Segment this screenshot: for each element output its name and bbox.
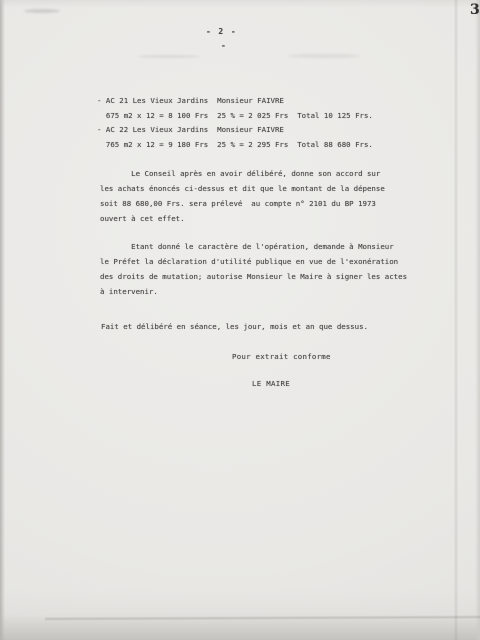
paragraph-line: ouvert à cet effet. [100,211,385,226]
corner-page-number: 3 [470,2,480,18]
scanned-document-page: 3 - 2 - - - AC 21 Les Vieux Jardins Mons… [0,0,480,640]
parcel-item-title: - AC 22 Les Vieux Jardins Monsieur FAIVR… [97,123,373,138]
parcel-list: - AC 21 Les Vieux Jardins Monsieur FAIVR… [97,94,373,152]
parcel-item-detail: 765 m2 x 12 = 9 180 Frs 25 % = 2 295 Frs… [97,138,373,153]
paragraph-line: soit 88 680,00 Frs. sera prélevé au comp… [100,196,385,211]
paragraph-council-decision: Le Conseil après en avoir délibéré, donn… [100,166,385,226]
extract-conforme-label: Pour extrait conforme [232,352,331,361]
mayor-signature-label: LE MAIRE [252,379,290,388]
paragraph-line: des droits de mutation; autorise Monsieu… [100,269,407,284]
paragraph-prefect-request: Etant donné le caractère de l'opération,… [100,239,407,299]
page-number-dash: - [221,41,226,50]
paragraph-line: les achats énoncés ci-dessus et dit que … [100,181,385,196]
page-number: - 2 - [206,27,237,36]
paragraph-line: Le Conseil après en avoir délibéré, donn… [100,166,385,181]
document-text-layer: 3 - 2 - - - AC 21 Les Vieux Jardins Mons… [0,0,480,640]
closing-statement: Fait et délibéré en séance, les jour, mo… [101,322,368,331]
parcel-item-detail: 675 m2 x 12 = 8 100 Frs 25 % = 2 025 Frs… [97,109,373,124]
paragraph-line: le Préfet la déclaration d'utilité publi… [100,254,407,269]
parcel-item-title: - AC 21 Les Vieux Jardins Monsieur FAIVR… [97,94,373,109]
paragraph-line: à intervenir. [100,284,407,299]
paragraph-line: Etant donné le caractère de l'opération,… [100,239,407,254]
